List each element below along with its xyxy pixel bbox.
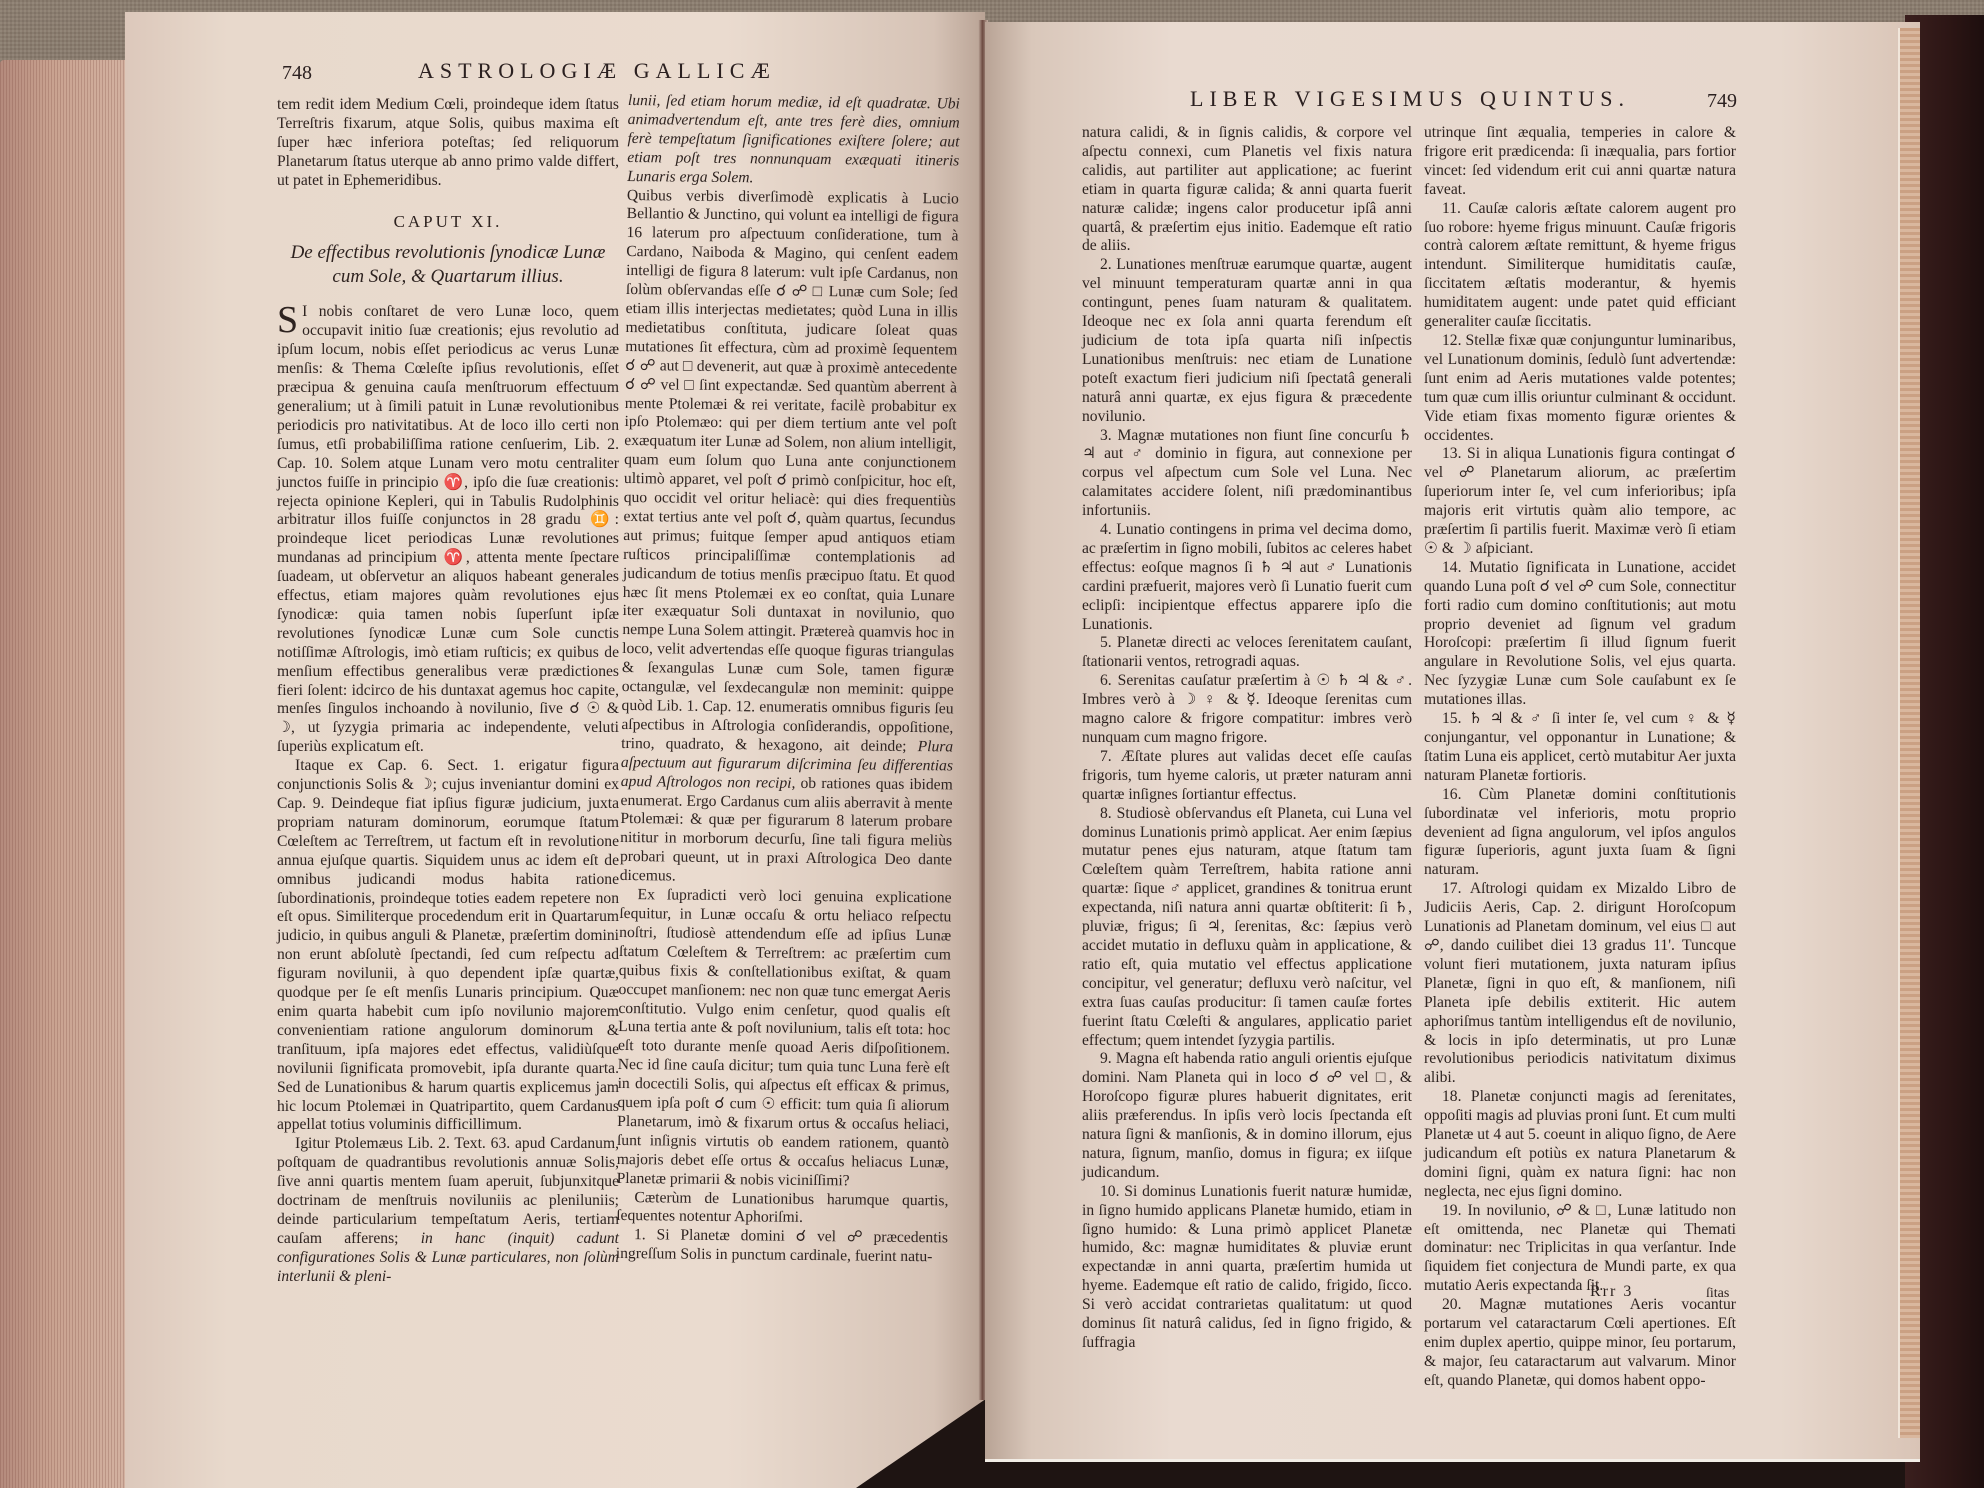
chapter-subtitle: De effectibus revolutionis ſynodicæ Lunæ… <box>277 241 619 289</box>
aphorism: 5. Planetæ directi ac veloces ſerenitate… <box>1082 634 1412 672</box>
aphorism: 3. Magnæ mutationes non fiunt ſine concu… <box>1082 427 1412 522</box>
aphorism: 2. Lunationes menſtruæ earumque quartæ, … <box>1082 256 1412 426</box>
aphorism: 17. Aſtrologi quidam ex Mizaldo Libro de… <box>1424 880 1736 1088</box>
aphorism: 13. Si in aliqua Lunationis figura conti… <box>1424 445 1736 558</box>
aphorism: 9. Magna eſt habenda ratio anguli orient… <box>1082 1050 1412 1182</box>
page-edges-right <box>1898 28 1920 1438</box>
aphorism: 1. Si Planetæ domini ☌ vel ☍ præcedentis… <box>616 1226 948 1267</box>
paragraph: natura calidi, & in ſignis calidis, & co… <box>1082 124 1412 256</box>
aphorism: 18. Planetæ conjuncti magis ad ſerenitat… <box>1424 1088 1736 1201</box>
aphorism: 16. Cùm Planetæ domini conſtitutionis ſu… <box>1424 786 1736 881</box>
right-column-2: utrinque ſint æqualia, temperies in calo… <box>1424 124 1736 1391</box>
running-head-left: ASTROLOGIÆ GALLICÆ <box>418 58 776 84</box>
left-column-1: tem redit idem Medium Cœli, proindeque i… <box>277 96 619 1287</box>
page-number-right: 749 <box>1707 90 1737 113</box>
aphorism: 14. Mutatio ſignificata in Lunatione, ac… <box>1424 559 1736 710</box>
intro-paragraph: tem redit idem Medium Cœli, proindeque i… <box>277 96 619 191</box>
drop-cap: S <box>277 305 298 335</box>
aphorism: 7. Æſtate plures aut validas decet eſſe … <box>1082 748 1412 805</box>
paragraph: Quibus verbis diverſimodè explicatis à L… <box>620 187 959 890</box>
paragraph: Ex ſupradicti verò loci genuina explicat… <box>617 886 952 1192</box>
aphorism: 11. Cauſæ caloris æſtate calorem augent … <box>1424 200 1736 332</box>
page-edges-left <box>0 60 130 1488</box>
paragraph: SI nobis conſtaret de vero Lunæ loco, qu… <box>277 303 619 757</box>
page-number-left: 748 <box>282 62 312 85</box>
aphorism: 6. Serenitas cauſatur præſertim à ☉ ♄ ♃ … <box>1082 672 1412 748</box>
paragraph: Cæterùm de Lunationibus harumque quartis… <box>616 1189 948 1230</box>
aphorism: 15. ♄ ♃ & ♂ ſi inter ſe, vel cum ♀ & ☿ c… <box>1424 710 1736 786</box>
aphorism: 12. Stellæ fixæ quæ conjunguntur luminar… <box>1424 332 1736 445</box>
italic-intro: lunii, ſed etiam horum mediæ, id eſt qua… <box>627 92 960 190</box>
paragraph: Igitur Ptolemæus Lib. 2. Text. 63. apud … <box>277 1135 619 1286</box>
aphorism: 19. In novilunio, ☍ & □, Lunæ latitudo n… <box>1424 1202 1736 1297</box>
paragraph: utrinque ſint æqualia, temperies in calo… <box>1424 124 1736 200</box>
chapter-heading: CAPUT XI. <box>277 213 619 232</box>
aphorism: 8. Studiosè obſervandus eſt Planeta, cui… <box>1082 805 1412 1051</box>
running-head-right: LIBER VIGESIMUS QUINTUS. <box>1190 86 1630 112</box>
paragraph: Itaque ex Cap. 6. Sect. 1. erigatur figu… <box>277 757 619 1135</box>
left-column-2: lunii, ſed etiam horum mediæ, id eſt qua… <box>616 92 960 1268</box>
aphorism: 20. Magnæ mutationes Aeris vocantur port… <box>1424 1296 1736 1391</box>
right-column-1: natura calidi, & in ſignis calidis, & co… <box>1082 124 1412 1353</box>
catchword: ſitas <box>1706 1286 1729 1302</box>
signature-mark: Rrr 3 <box>1590 1283 1633 1301</box>
aphorism: 10. Si dominus Lunationis fuerit naturæ … <box>1082 1183 1412 1353</box>
aphorism: 4. Lunatio contingens in prima vel decim… <box>1082 521 1412 634</box>
